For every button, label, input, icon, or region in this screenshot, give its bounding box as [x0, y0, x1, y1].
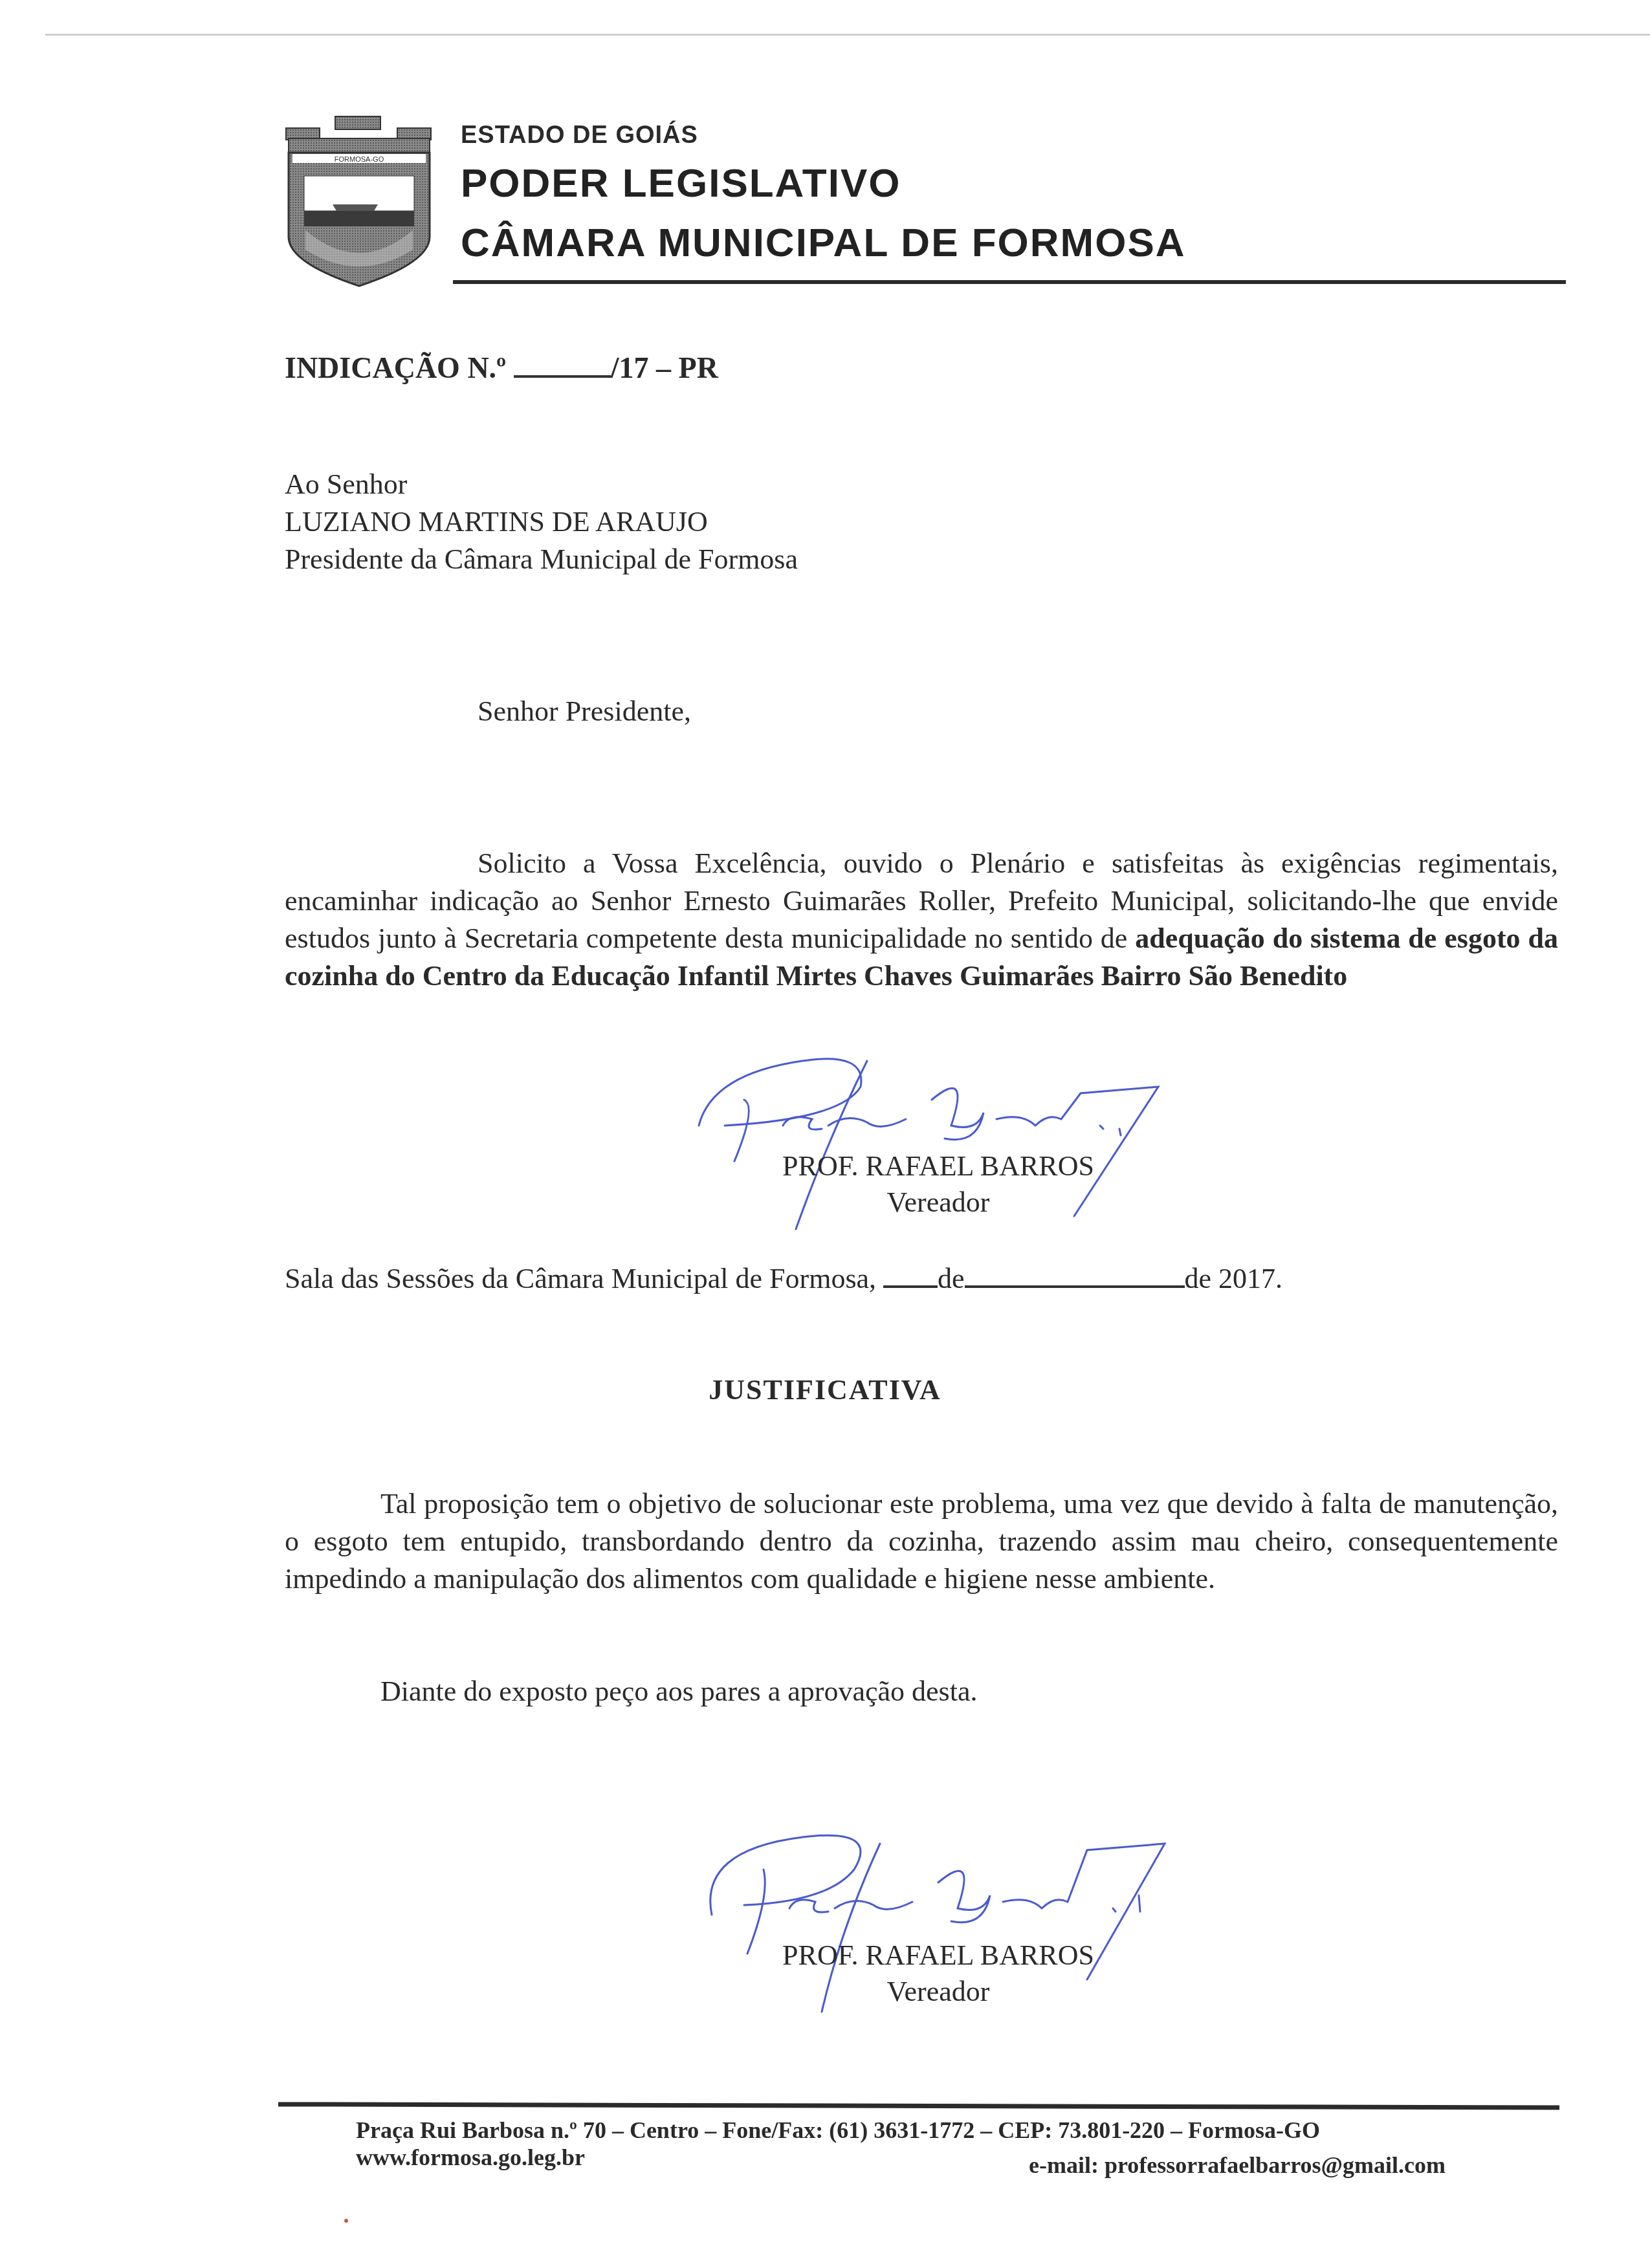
signer-role-2: Vereador	[731, 1974, 1145, 2010]
request-paragraph: Solicito a Vossa Excelência, ouvido o Pl…	[285, 845, 1558, 995]
scan-speck	[344, 2219, 348, 2223]
footer-website[interactable]: www.formosa.go.leg.br	[356, 2144, 585, 2171]
indication-number: INDICAÇÃO N.º /17 – PR	[285, 349, 718, 387]
month-blank	[965, 1285, 1185, 1288]
indication-number-blank	[514, 375, 611, 378]
legislative-heading: PODER LEGISLATIVO	[461, 160, 901, 206]
signature-block-2: PROF. RAFAEL BARROS Vereador	[731, 1937, 1145, 2010]
indication-prefix: INDICAÇÃO N.º	[285, 351, 506, 384]
day-blank	[883, 1285, 938, 1288]
session-year: de 2017.	[1185, 1263, 1283, 1294]
addressee-salutation: Ao Senhor	[285, 466, 798, 503]
session-line: Sala das Sessões da Câmara Municipal de …	[285, 1260, 1282, 1298]
footer-divider	[278, 2102, 1559, 2110]
footer-email[interactable]: e-mail: professorrafaelbarros@gmail.com	[1029, 2152, 1446, 2179]
signature-block-1: PROF. RAFAEL BARROS Vereador	[731, 1148, 1145, 1221]
header-divider	[453, 280, 1566, 284]
session-text: Sala das Sessões da Câmara Municipal de …	[285, 1263, 876, 1294]
session-de: de	[938, 1263, 965, 1294]
greeting: Senhor Presidente,	[478, 693, 691, 730]
addressee-name: LUZIANO MARTINS DE ARAUJO	[285, 503, 798, 541]
crest-icon: FORMOSA-GO	[280, 114, 439, 289]
closing-line: Diante do exposto peço aos pares a aprov…	[380, 1673, 977, 1710]
chamber-heading: CÂMARA MUNICIPAL DE FORMOSA	[461, 220, 1186, 266]
addressee-block: Ao Senhor LUZIANO MARTINS DE ARAUJO Pres…	[285, 466, 798, 578]
svg-text:FORMOSA-GO: FORMOSA-GO	[335, 156, 384, 164]
signer-name-2: PROF. RAFAEL BARROS	[731, 1937, 1145, 1974]
indication-suffix: /17 – PR	[611, 351, 718, 384]
justification-heading: JUSTIFICATIVA	[0, 1371, 1650, 1409]
scan-artifact-line	[45, 34, 1650, 36]
addressee-title: Presidente da Câmara Municipal de Formos…	[285, 541, 798, 578]
signer-name: PROF. RAFAEL BARROS	[731, 1148, 1145, 1184]
signer-role: Vereador	[731, 1184, 1145, 1221]
justification-paragraph: Tal proposição tem o objetivo de solucio…	[285, 1485, 1558, 1598]
justification-text: Tal proposição tem o objetivo de solucio…	[285, 1485, 1558, 1598]
state-heading: ESTADO DE GOIÁS	[461, 122, 698, 149]
footer-address: Praça Rui Barbosa n.º 70 – Centro – Fone…	[356, 2117, 1320, 2144]
